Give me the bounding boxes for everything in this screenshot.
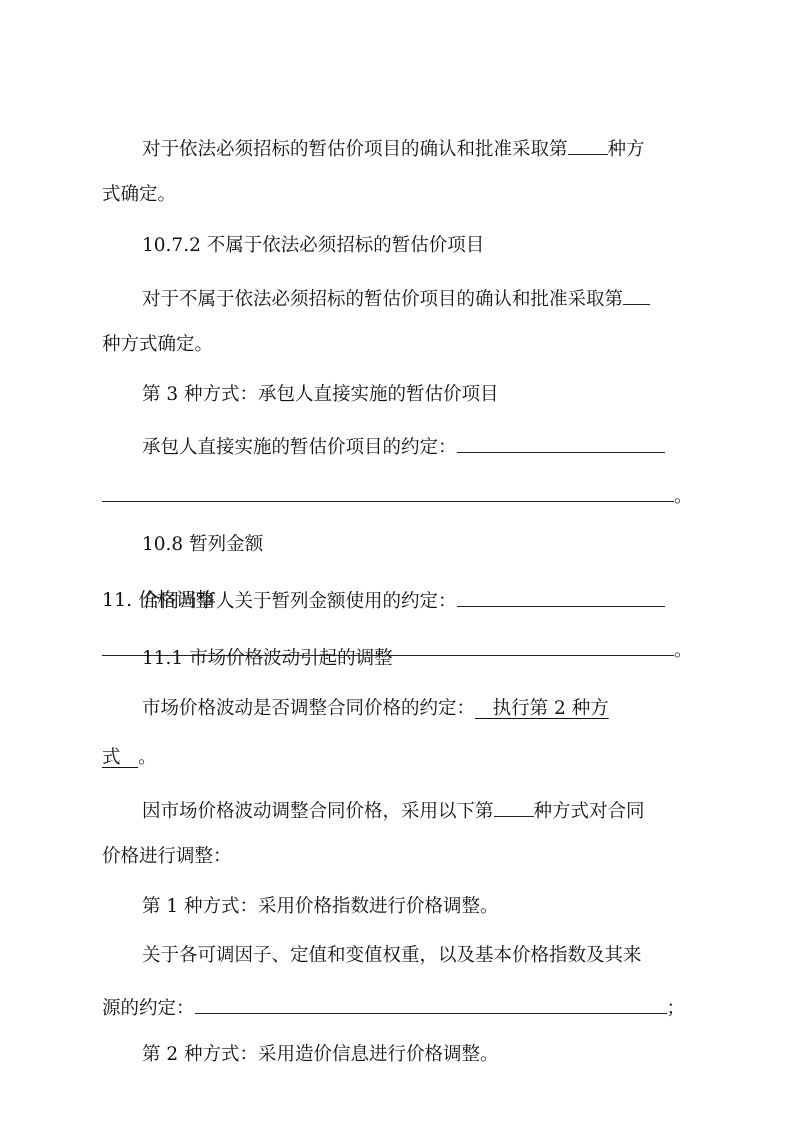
text: 对于不属于依法必须招标的暂估价项目的确认和批准采取第 <box>142 289 623 310</box>
heading-11-1: 11.1 市场价格波动引起的调整 <box>142 647 393 671</box>
blank-field[interactable] <box>623 284 650 305</box>
text: 。 <box>674 640 693 661</box>
text: 种方式对合同 <box>534 801 645 822</box>
text: 种方 <box>608 139 645 160</box>
way-1-description: 关于各可调因子、定值和变值权重，以及基本价格指数及其来 <box>142 944 642 968</box>
text: 。 <box>138 747 157 768</box>
label: 源的约定： <box>102 998 195 1019</box>
text: 。 <box>674 486 693 507</box>
blank-field[interactable] <box>568 134 608 155</box>
provisional-sum-agreement: 合同当事人关于暂列金额使用的约定： <box>142 586 665 614</box>
label: 承包人直接实施的暂估价项目的约定： <box>142 437 457 458</box>
blank-field[interactable] <box>457 586 665 607</box>
blank-field[interactable] <box>457 432 665 453</box>
text: 因市场价格波动调整合同价格，采用以下第 <box>142 801 494 822</box>
way-3-agreement: 承包人直接实施的暂估价项目的约定： <box>142 432 665 460</box>
adjustment-method-selection: 因市场价格波动调整合同价格，采用以下第种方式对合同 <box>142 796 645 824</box>
text: ； <box>667 998 686 1019</box>
agreement-value[interactable]: 式 <box>102 747 138 768</box>
heading-10-8: 10.8 暂列金额 <box>142 533 263 557</box>
way-3-title: 第 3 种方式：承包人直接实施的暂估价项目 <box>142 383 499 407</box>
blank-field[interactable] <box>195 993 667 1014</box>
way-2-title: 第 2 种方式：采用造价信息进行价格调整。 <box>142 1043 499 1067</box>
paragraph-continuation: 式确定。 <box>102 183 176 207</box>
heading-10-7-2: 10.7.2 不属于依法必须招标的暂估价项目 <box>142 234 484 258</box>
blank-field[interactable] <box>102 481 674 502</box>
label: 市场价格波动是否调整合同价格的约定： <box>142 698 475 719</box>
blank-field[interactable] <box>494 796 534 817</box>
agreement-value[interactable]: 执行第 2 种方 <box>475 698 609 719</box>
way-3-agreement-continued: 。 <box>102 481 693 509</box>
heading-11: 11. 价格调整 <box>102 588 214 612</box>
price-fluctuation-agreement: 市场价格波动是否调整合同价格的约定： 执行第 2 种方 <box>142 697 609 721</box>
paragraph-continuation: 价格进行调整： <box>102 845 232 869</box>
text: 对于依法必须招标的暂估价项目的确认和批准采取第 <box>142 139 568 160</box>
paragraph-non-bidding-confirmation: 对于不属于依法必须招标的暂估价项目的确认和批准采取第 <box>142 284 650 312</box>
way-1-agreement: 源的约定：； <box>102 993 685 1021</box>
paragraph-bidding-confirmation: 对于依法必须招标的暂估价项目的确认和批准采取第种方 <box>142 134 645 162</box>
price-fluctuation-agreement-continued: 式 。 <box>102 746 157 770</box>
paragraph-continuation: 种方式确定。 <box>102 333 213 357</box>
way-1-title: 第 1 种方式：采用价格指数进行价格调整。 <box>142 895 499 919</box>
